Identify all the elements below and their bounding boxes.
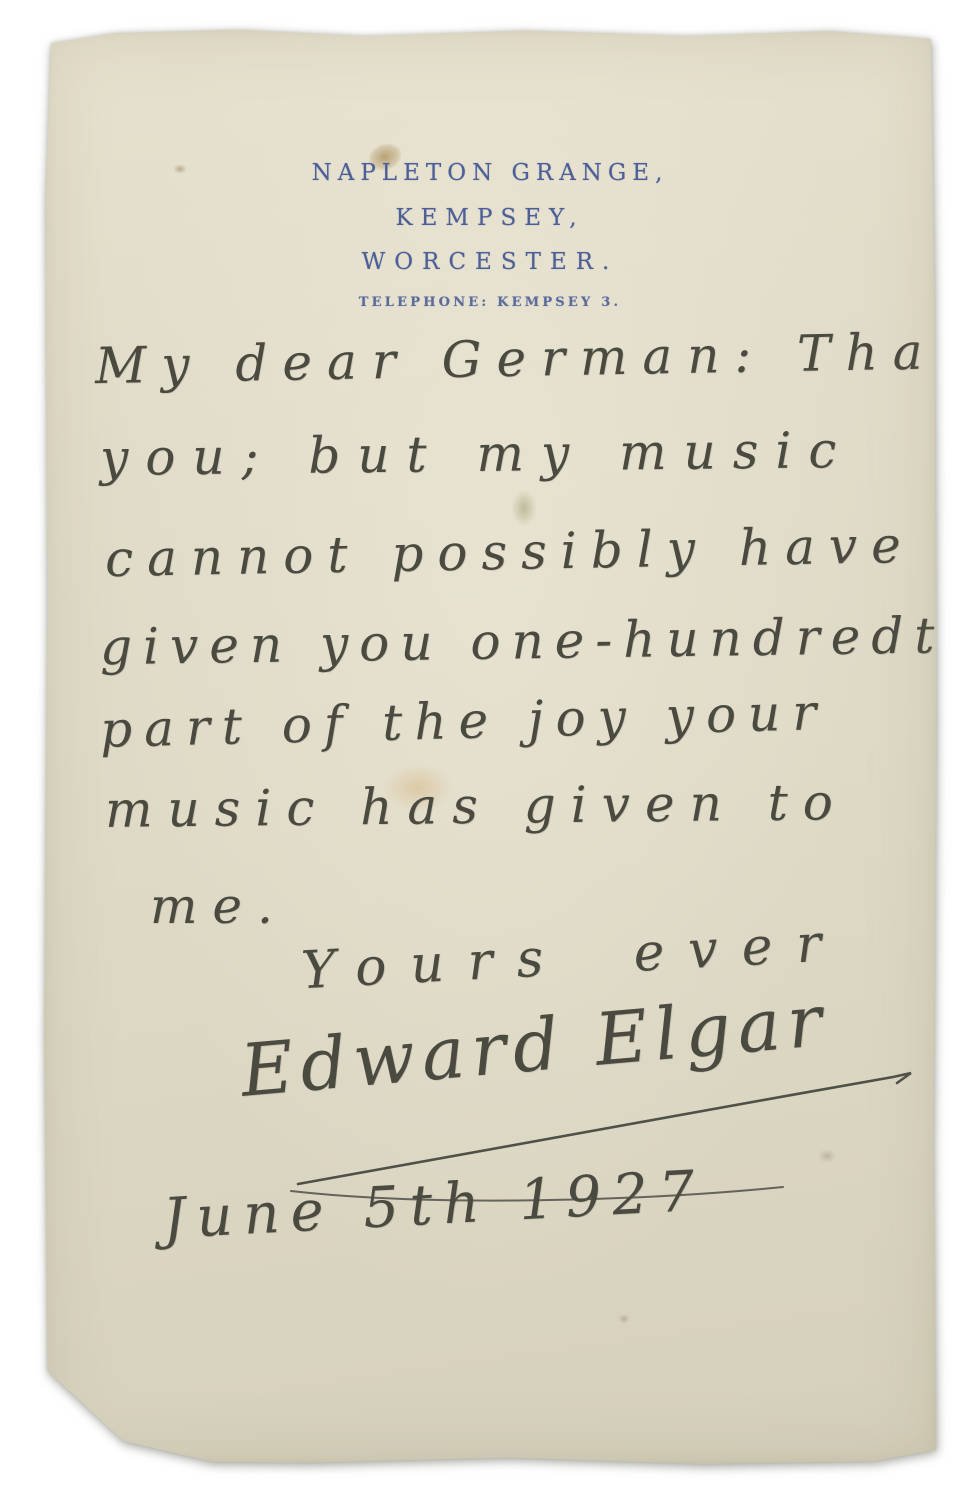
letterhead-address-line-1: NAPLETON GRANGE, [43, 160, 937, 186]
handwritten-line: My dear German: Thank [95, 321, 977, 395]
handwritten-line: music has given to [105, 773, 848, 839]
paper-sheet: NAPLETON GRANGE, KEMPSEY, WORCESTER. TEL… [43, 29, 937, 1464]
letterhead-telephone: TELEPHONE: KEMPSEY 3. [43, 295, 937, 310]
paper-surface: NAPLETON GRANGE, KEMPSEY, WORCESTER. TEL… [43, 29, 937, 1464]
handwritten-line: cannot possibly have [105, 516, 916, 588]
foxing-spot [618, 1314, 630, 1324]
date-line: June 5th 1927 [161, 1159, 707, 1252]
handwritten-line: me. [150, 877, 288, 935]
foxing-spot [818, 1149, 836, 1163]
letterhead-address-line-3: WORCESTER. [43, 249, 937, 275]
letter-photograph: NAPLETON GRANGE, KEMPSEY, WORCESTER. TEL… [0, 0, 977, 1500]
handwritten-line: part of the joy your [99, 683, 828, 759]
handwritten-line: given you one-hundredth [100, 606, 977, 676]
foxing-spot [511, 489, 537, 527]
letterhead-address-line-2: KEMPSEY, [43, 205, 937, 231]
handwritten-line: you; but my music [100, 421, 854, 487]
